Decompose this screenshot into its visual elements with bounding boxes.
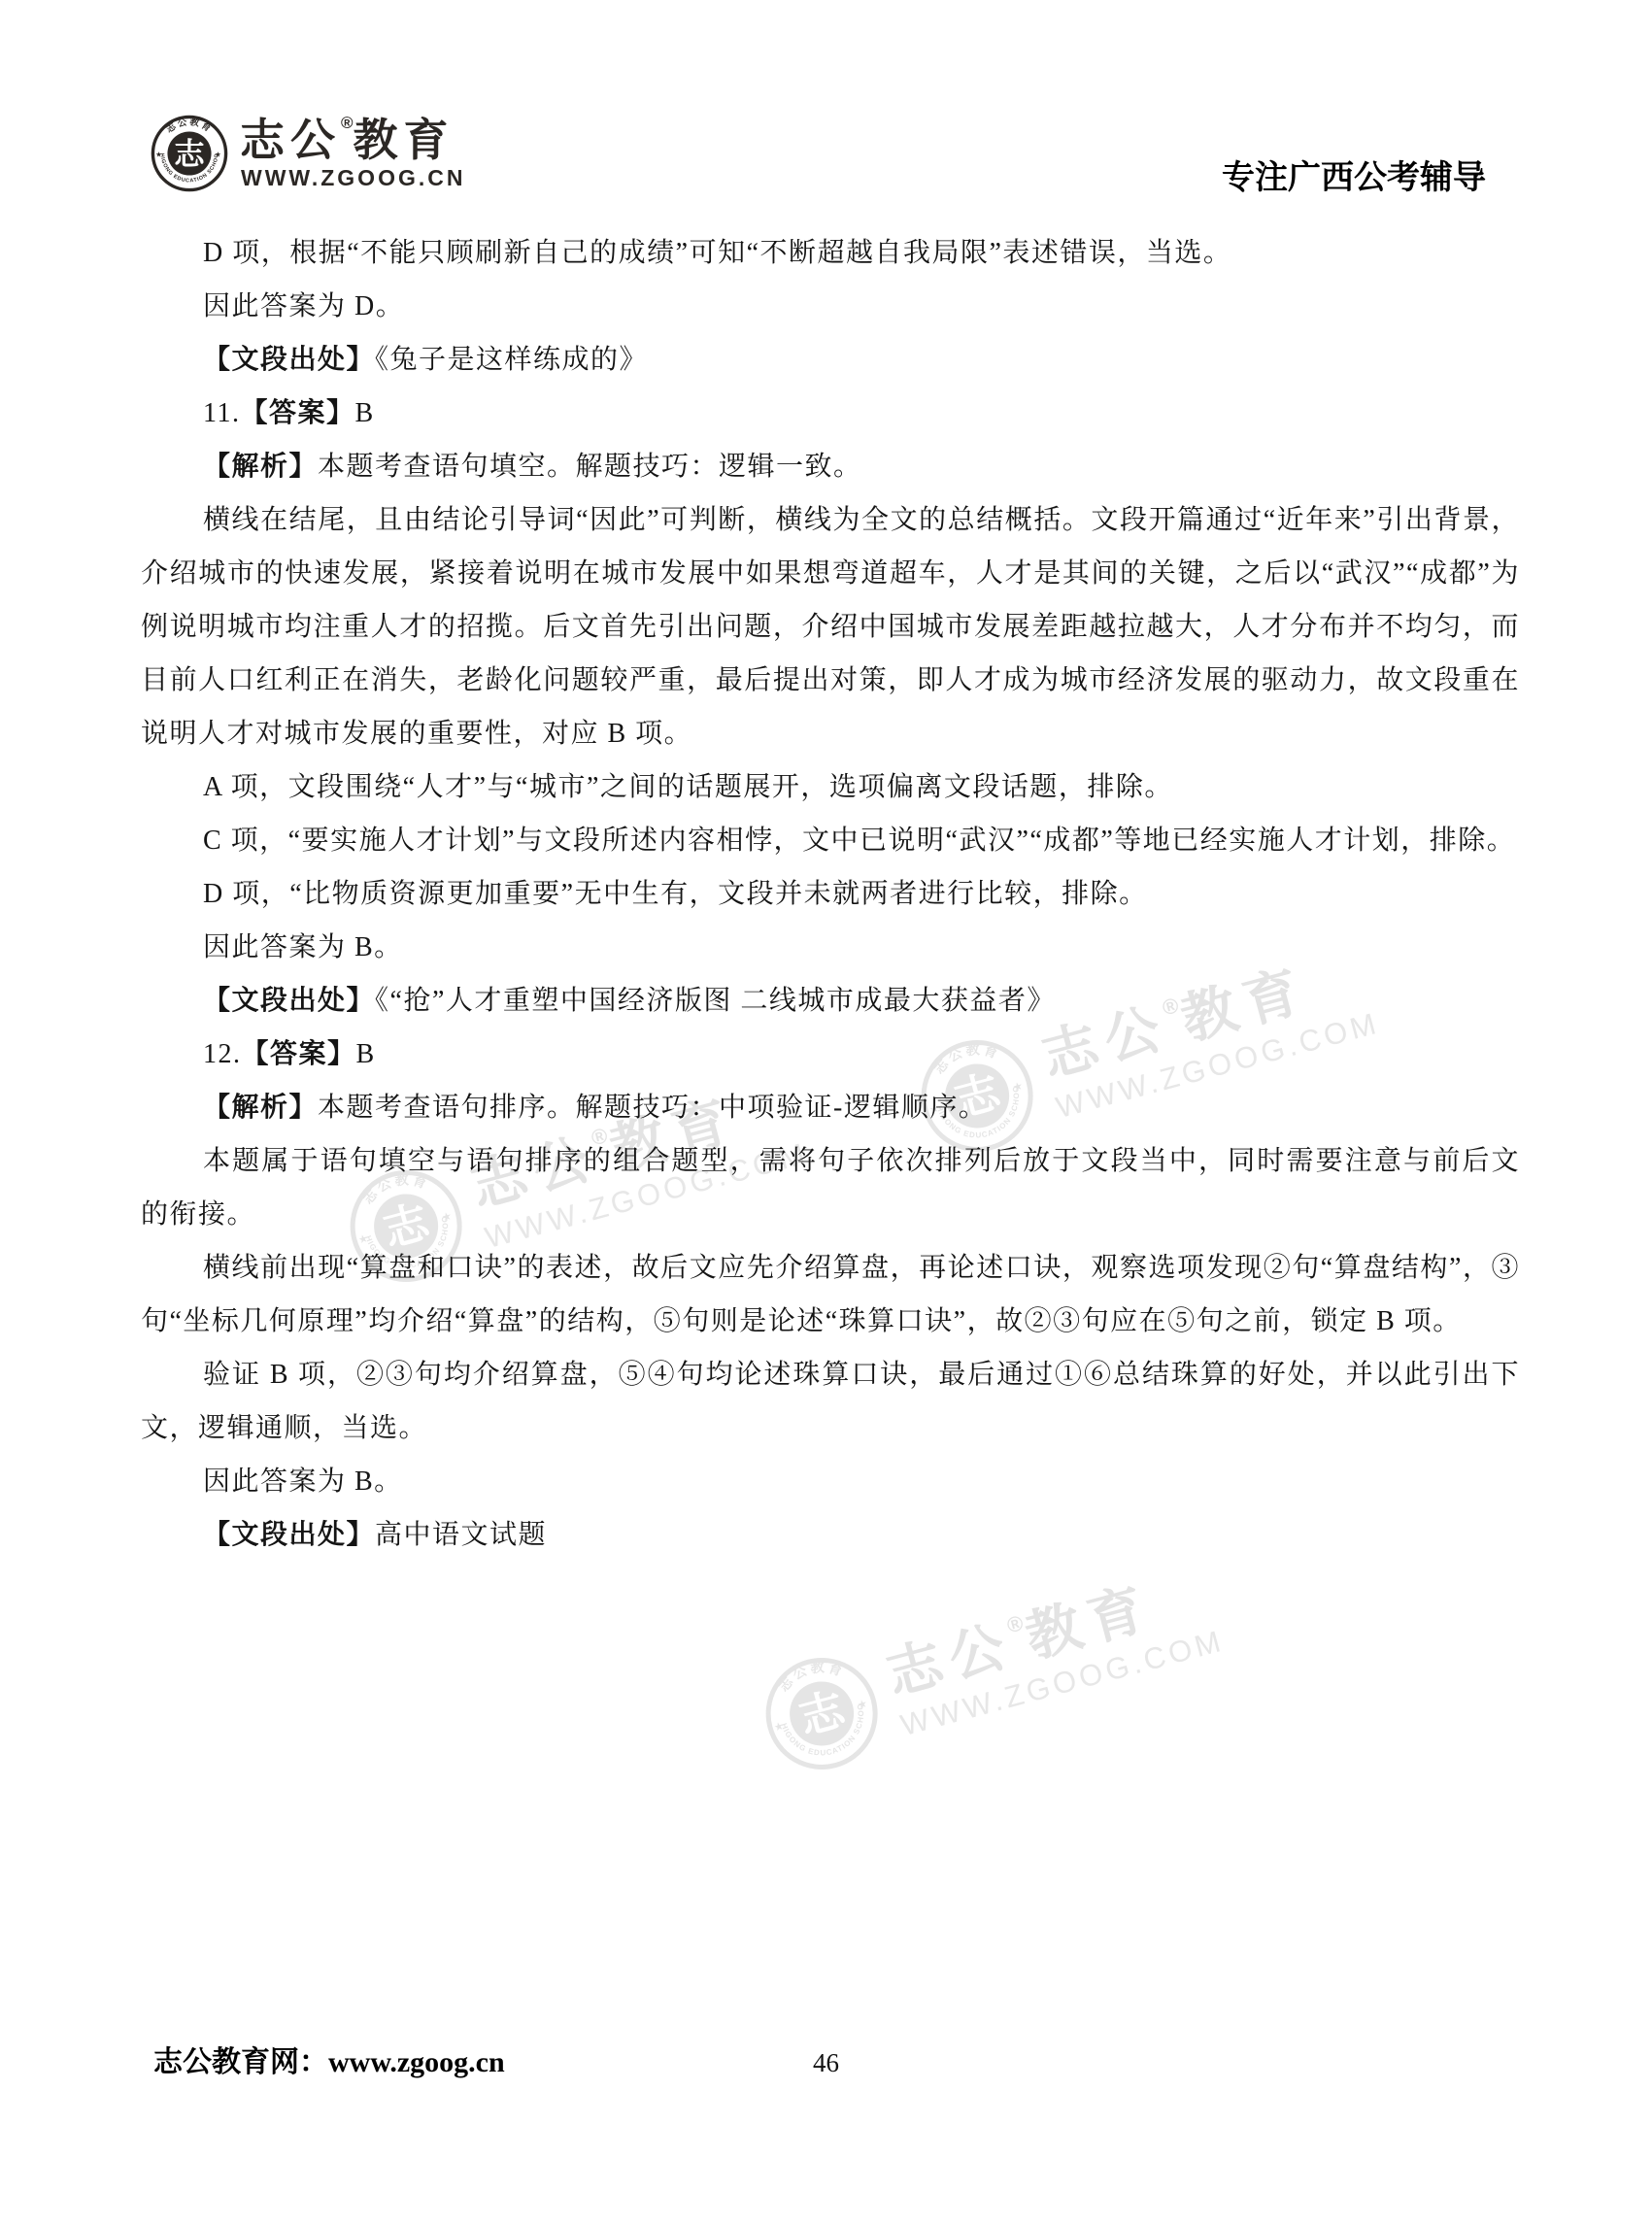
paragraph: 【文段出处】《“抢”人才重塑中国经济版图 二线城市成最大获益者》 bbox=[141, 974, 1520, 1028]
paragraph: 12.【答案】B bbox=[141, 1028, 1520, 1081]
paragraph: D 项，根据“不能只顾刷新自己的成绩”可知“不断超越自我局限”表述错误，当选。 bbox=[141, 226, 1520, 280]
brand-name: 志公®教育 bbox=[240, 115, 455, 162]
brand-seal-icon: 志 志公教育 ZHIGONG EDUCATION SCHOOL ★ ★ bbox=[150, 114, 229, 193]
document-page: 志 志公教育 ZHIGONG EDUCATION SCHOOL ★ ★ 志公®教… bbox=[0, 0, 1652, 2225]
paragraph-text: B bbox=[354, 398, 374, 428]
answer-explanations: D 项，根据“不能只顾刷新自己的成绩”可知“不断超越自我局限”表述错误，当选。因… bbox=[141, 226, 1520, 1562]
section-marker: 【解析】 bbox=[203, 1093, 318, 1123]
paragraph-text: 高中语文试题 bbox=[375, 1520, 547, 1550]
paragraph: 横线前出现“算盘和口诀”的表述，故后文应先介绍算盘，再论述口诀，观察选项发现②句… bbox=[141, 1241, 1520, 1348]
paragraph: A 项，文段围绕“人才”与“城市”之间的话题展开，选项偏离文段话题，排除。 bbox=[141, 760, 1520, 814]
paragraph-text: 因此答案为 D。 bbox=[203, 291, 404, 321]
paragraph-text: A 项，文段围绕“人才”与“城市”之间的话题展开，选项偏离文段话题，排除。 bbox=[203, 772, 1173, 802]
paragraph-text: D 项，“比物质资源更加重要”无中生有，文段并未就两者进行比较，排除。 bbox=[203, 879, 1148, 909]
seal-graphic: 志 志公教育 ZHIGONG EDUCATION SCHOOL ★ ★ bbox=[150, 114, 229, 193]
svg-text:ZHIGONG EDUCATION SCHOOL: ZHIGONG EDUCATION SCHOOL bbox=[751, 1642, 876, 1771]
section-marker: 【解析】 bbox=[203, 452, 318, 482]
watermark-website: WWW.ZGOOG.COM bbox=[897, 1625, 1227, 1740]
question-number: 11. bbox=[203, 398, 240, 428]
svg-text:★: ★ bbox=[215, 150, 221, 158]
section-marker: 【文段出处】 bbox=[203, 345, 375, 375]
paragraph: 本题属于语句填空与语句排序的组合题型，需将句子依次排列后放于文段当中，同时需要注… bbox=[141, 1134, 1520, 1241]
svg-text:★: ★ bbox=[773, 1720, 786, 1734]
svg-text:★: ★ bbox=[857, 1698, 869, 1711]
paragraph-text: D 项，根据“不能只顾刷新自己的成绩”可知“不断超越自我局限”表述错误，当选。 bbox=[203, 238, 1231, 268]
paragraph: C 项，“要实施人才计划”与文段所述内容相悖，文中已说明“武汉”“成都”等地已经… bbox=[141, 814, 1520, 867]
paragraph: 11.【答案】B bbox=[141, 387, 1520, 440]
paragraph-text: C 项，“要实施人才计划”与文段所述内容相悖，文中已说明“武汉”“成都”等地已经… bbox=[203, 826, 1515, 856]
paragraph-text: 本题考查语句排序。解题技巧：中项验证-逻辑顺序。 bbox=[318, 1093, 987, 1123]
seal-graphic: 志 志公教育 ZHIGONG EDUCATION SCHOOL ★ ★ bbox=[751, 1642, 893, 1785]
paragraph: 【文段出处】高中语文试题 bbox=[141, 1508, 1520, 1562]
seal-glyph: 志 bbox=[174, 137, 205, 171]
paragraph-text: 横线在结尾，且由结论引导词“因此”可判断，横线为全文的总结概括。文段开篇通过“近… bbox=[141, 505, 1520, 749]
paragraph: 因此答案为 B。 bbox=[141, 921, 1520, 974]
svg-text:志公教育: 志公教育 bbox=[771, 1651, 851, 1698]
watermark-text: 志公®教育WWW.ZGOOG.COM bbox=[881, 1563, 1227, 1739]
paragraph-text: B bbox=[356, 1039, 376, 1069]
paragraph-text: 横线前出现“算盘和口诀”的表述，故后文应先介绍算盘，再论述口诀，观察选项发现②句… bbox=[141, 1253, 1520, 1336]
paragraph: D 项，“比物质资源更加重要”无中生有，文段并未就两者进行比较，排除。 bbox=[141, 867, 1520, 921]
header-tagline: 专注广西公考辅导 bbox=[1222, 159, 1486, 199]
paragraph-text: 《兔子是这样练成的》 bbox=[375, 345, 648, 375]
paragraph-text: 本题属于语句填空与语句排序的组合题型，需将句子依次排列后放于文段当中，同时需要注… bbox=[141, 1146, 1520, 1230]
question-number: 12. bbox=[203, 1039, 242, 1069]
section-marker: 【文段出处】 bbox=[203, 986, 375, 1016]
brand-name-right: 教育 bbox=[354, 115, 455, 165]
paragraph: 【解析】本题考查语句填空。解题技巧：逻辑一致。 bbox=[141, 440, 1520, 493]
section-marker: 【文段出处】 bbox=[203, 1520, 375, 1550]
paragraph: 横线在结尾，且由结论引导词“因此”可判断，横线为全文的总结概括。文段开篇通过“近… bbox=[141, 493, 1520, 760]
paragraph: 【解析】本题考查语句排序。解题技巧：中项验证-逻辑顺序。 bbox=[141, 1081, 1520, 1134]
paragraph: 验证 B 项，②③句均介绍算盘，⑤④句均论述珠算口诀，最后通过①⑥总结珠算的好处… bbox=[141, 1348, 1520, 1455]
brand-watermark: 志 志公教育 ZHIGONG EDUCATION SCHOOL ★ ★ 志公®教… bbox=[751, 1552, 1231, 1785]
registered-mark: ® bbox=[341, 114, 354, 132]
section-marker: 【答案】 bbox=[240, 398, 354, 428]
paragraph-text: 《“抢”人才重塑中国经济版图 二线城市成最大获益者》 bbox=[375, 986, 1056, 1016]
paragraph-text: 因此答案为 B。 bbox=[203, 932, 403, 962]
section-marker: 【答案】 bbox=[242, 1039, 356, 1069]
watermark-brand: 志公®教育 bbox=[881, 1563, 1217, 1703]
paragraph: 因此答案为 D。 bbox=[141, 280, 1520, 333]
paragraph-text: 本题考查语句填空。解题技巧：逻辑一致。 bbox=[318, 452, 862, 482]
brand-name-left: 志公 bbox=[240, 115, 341, 165]
watermark-seal-icon: 志 志公教育 ZHIGONG EDUCATION SCHOOL ★ ★ bbox=[751, 1642, 893, 1785]
brand-website: WWW.ZGOOG.CN bbox=[241, 167, 465, 189]
paragraph: 【文段出处】《兔子是这样练成的》 bbox=[141, 333, 1520, 387]
svg-text:★: ★ bbox=[155, 150, 162, 158]
paragraph: 因此答案为 B。 bbox=[141, 1455, 1520, 1508]
paragraph-text: 验证 B 项，②③句均介绍算盘，⑤④句均论述珠算口诀，最后通过①⑥总结珠算的好处… bbox=[141, 1360, 1520, 1443]
seal-glyph: 志 bbox=[793, 1683, 851, 1743]
paragraph-text: 因此答案为 B。 bbox=[203, 1466, 403, 1497]
page-number: 46 bbox=[0, 2047, 1652, 2078]
